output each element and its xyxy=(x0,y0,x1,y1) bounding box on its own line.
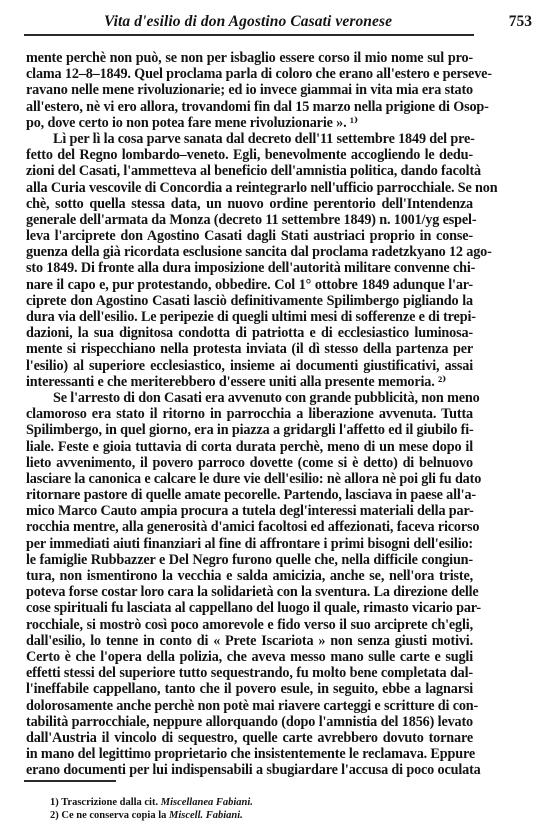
text-line: all'estero, nè vi ero allora, trovandomi… xyxy=(26,99,473,115)
footnote-rule xyxy=(24,780,116,782)
text-line: effetti stessi del superiore tutto seque… xyxy=(26,665,473,681)
text-line: dazioni, la sua dignitosa condotta di pa… xyxy=(26,325,473,341)
body-text: mente perchè non può, se non per isbagli… xyxy=(26,50,473,778)
text-line: cose spirituali fu lasciata al cappellan… xyxy=(26,600,473,616)
text-line: per immediati aiuti finanziari al fine d… xyxy=(26,536,473,552)
text-line: dall'esilio, lo tenne in conto di « Pret… xyxy=(26,633,473,649)
text-line: erano documenti per lui indispensabili a… xyxy=(26,762,473,778)
text-line: lasciare la canonica e calcare le dure v… xyxy=(26,471,473,487)
footnote-citation: Miscellanea Fabiani. xyxy=(161,797,253,808)
text-line: generale dell'armata da Monza (decreto 1… xyxy=(26,212,473,228)
text-line: dall'Austria il vincolo di sequestro, qu… xyxy=(26,730,473,746)
text-line: mente si rispecchiano nella protesta inv… xyxy=(26,341,473,357)
text-line: l'esilio) al superiore ecclesiastico, in… xyxy=(26,358,473,374)
footnote: 2) Ce ne conserva copia la Miscell. Fabi… xyxy=(50,809,253,822)
text-line: chè, sotto quella stessa data, un nuovo … xyxy=(26,196,473,212)
page-number: 753 xyxy=(509,13,532,31)
text-line: liale. Feste e gioia tuttavia di corta d… xyxy=(26,439,473,455)
paragraph: Lì per lì la cosa parve sanata dal decre… xyxy=(26,131,473,390)
text-line: leva l'arciprete don Agostino Casati dag… xyxy=(26,228,473,244)
footnote-marker: 1) xyxy=(50,797,61,808)
text-line: Certo è che l'opera della polizia, che a… xyxy=(26,649,473,665)
running-header: Vita d'esilio di don Agostino Casati ver… xyxy=(24,10,474,34)
text-line: rocchia mentre, alla generosità d'amici … xyxy=(26,519,473,535)
text-line: nare il capo e, pur protestando, obbedir… xyxy=(26,277,473,293)
text-line: dura via dell'esilio. Le peripezie di qu… xyxy=(26,309,473,325)
text-line: alla Curia vescovile di Concordia a rein… xyxy=(26,180,473,196)
text-line: Spilimbergo, in quel giorno, era in piaz… xyxy=(26,422,473,438)
text-line: Se l'arresto di don Casati era avvenuto … xyxy=(26,390,473,406)
text-line: lieto avvenimento, il povero parroco dov… xyxy=(26,455,473,471)
paragraph: Se l'arresto di don Casati era avvenuto … xyxy=(26,390,473,779)
text-line: po, dove certo io non potea fare mene ri… xyxy=(26,115,473,131)
footnote-marker: 2) xyxy=(50,810,61,821)
paragraph: mente perchè non può, se non per isbagli… xyxy=(26,50,473,131)
text-line: le famiglie Rubbazzer e Del Negro furono… xyxy=(26,552,473,568)
text-line: clama 12–8–1849. Quel proclama parla di … xyxy=(26,66,473,82)
text-line: dolorosamente anche perchè non potè mai … xyxy=(26,698,473,714)
text-line: mico Marco Cauto ampia procura a tutela … xyxy=(26,503,473,519)
footnote-text: Ce ne conserva copia la xyxy=(61,810,169,821)
text-line: ravano nelle mene rivoluzionarie; ed io … xyxy=(26,82,473,98)
text-line: l'ineffabile cappellano, tanto che il po… xyxy=(26,681,473,697)
text-line: mente perchè non può, se non per isbagli… xyxy=(26,50,473,66)
running-title: Vita d'esilio di don Agostino Casati ver… xyxy=(104,13,392,31)
footnote: 1) Trascrizione dalla cit. Miscellanea F… xyxy=(50,796,253,809)
text-line: interessanti e che meriterebbero d'esser… xyxy=(26,374,473,390)
text-line: guenza della già ricordata esclusione sa… xyxy=(26,244,473,260)
text-line: tabilità parrocchiale, neppure allorquan… xyxy=(26,714,473,730)
text-line: tura, non ismentirono la vecchia e salda… xyxy=(26,568,473,584)
text-line: fetto del Regno lombardo–veneto. Egli, b… xyxy=(26,147,473,163)
text-line: sto 1849. Di fronte alla dura imposizion… xyxy=(26,260,473,276)
header-rule xyxy=(24,34,474,36)
text-line: clamoroso era stato il ritorno in parroc… xyxy=(26,406,473,422)
footnote-text: Trascrizione dalla cit. xyxy=(61,797,161,808)
text-line: zioni del Casati, l'ammetteva al benefic… xyxy=(26,163,473,179)
text-line: in mano del legittimo proprietario che i… xyxy=(26,746,473,762)
footnote-citation: Miscell. Fabiani. xyxy=(169,810,243,821)
text-line: ritornare pastore di quelle amate pecore… xyxy=(26,487,473,503)
text-line: poteva forse costar loro cara la solidar… xyxy=(26,584,473,600)
text-line: rocchiale, si mostrò così poco amorevole… xyxy=(26,617,473,633)
text-line: Lì per lì la cosa parve sanata dal decre… xyxy=(26,131,473,147)
text-line: ciprete don Agostino Casati lasciò defin… xyxy=(26,293,473,309)
footnotes: 1) Trascrizione dalla cit. Miscellanea F… xyxy=(50,796,253,822)
